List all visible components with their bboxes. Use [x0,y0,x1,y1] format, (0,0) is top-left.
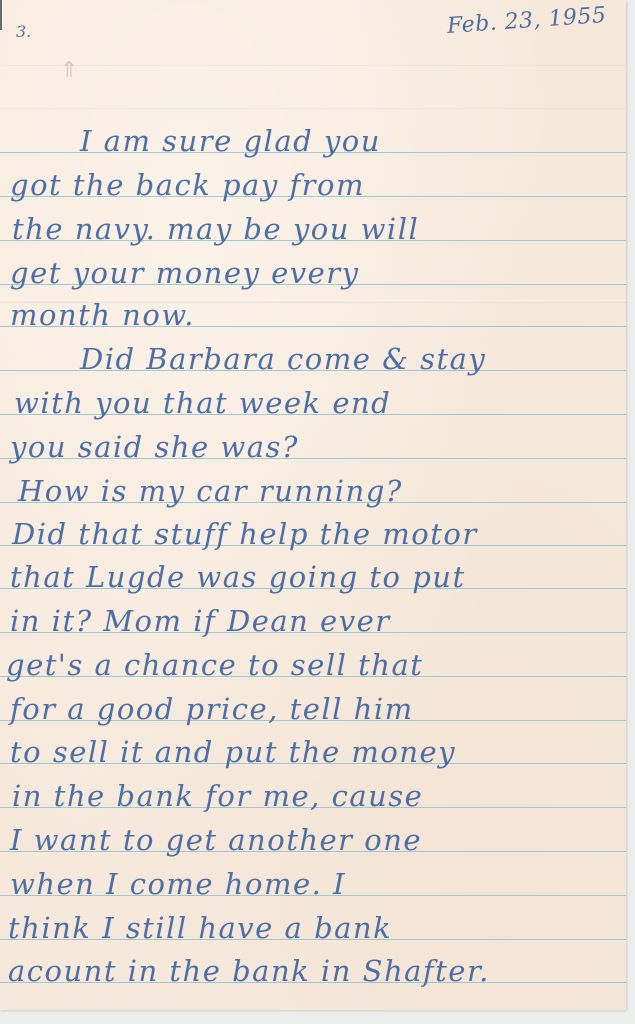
letter-line: with you that week end [14,389,391,418]
letter-line: in the bank for me, cause [12,782,423,811]
letter-line: the navy. may be you will [12,215,419,244]
letter-line: when I come home. I [10,870,346,899]
ruled-line [0,65,626,66]
letter-line: got the back pay from [10,171,365,200]
letter-line: Did Barbara come & stay [80,345,486,374]
letter-line: you said she was? [10,433,299,462]
letter-line: get your money every [10,259,360,288]
letter-line: get's a chance to sell that [6,651,423,680]
page-number: 3. [16,22,31,41]
letter-line: think I still have a bank [8,914,392,943]
letter-line: month now. [10,301,195,330]
letter-page: 3. Feb. 23, 1955 ⇑ I am sure glad you go… [0,0,626,1010]
letter-line: in it? Mom if Dean ever [10,607,391,636]
letter-line: that Lugde was going to put [10,563,466,592]
letter-line: Did that stuff help the motor [12,520,478,549]
letter-line: to sell it and put the money [10,738,456,767]
letter-line: acount in the bank in Shafter. [8,957,490,986]
letter-line: I want to get another one [10,826,422,855]
faint-pencil-mark: ⇑ [60,58,78,83]
ruled-line [0,108,626,109]
letter-line: How is my car running? [18,477,403,506]
letter-date: Feb. 23, 1955 [446,3,607,39]
letter-line: I am sure glad you [80,127,381,156]
letter-line: for a good price, tell him [10,695,414,724]
